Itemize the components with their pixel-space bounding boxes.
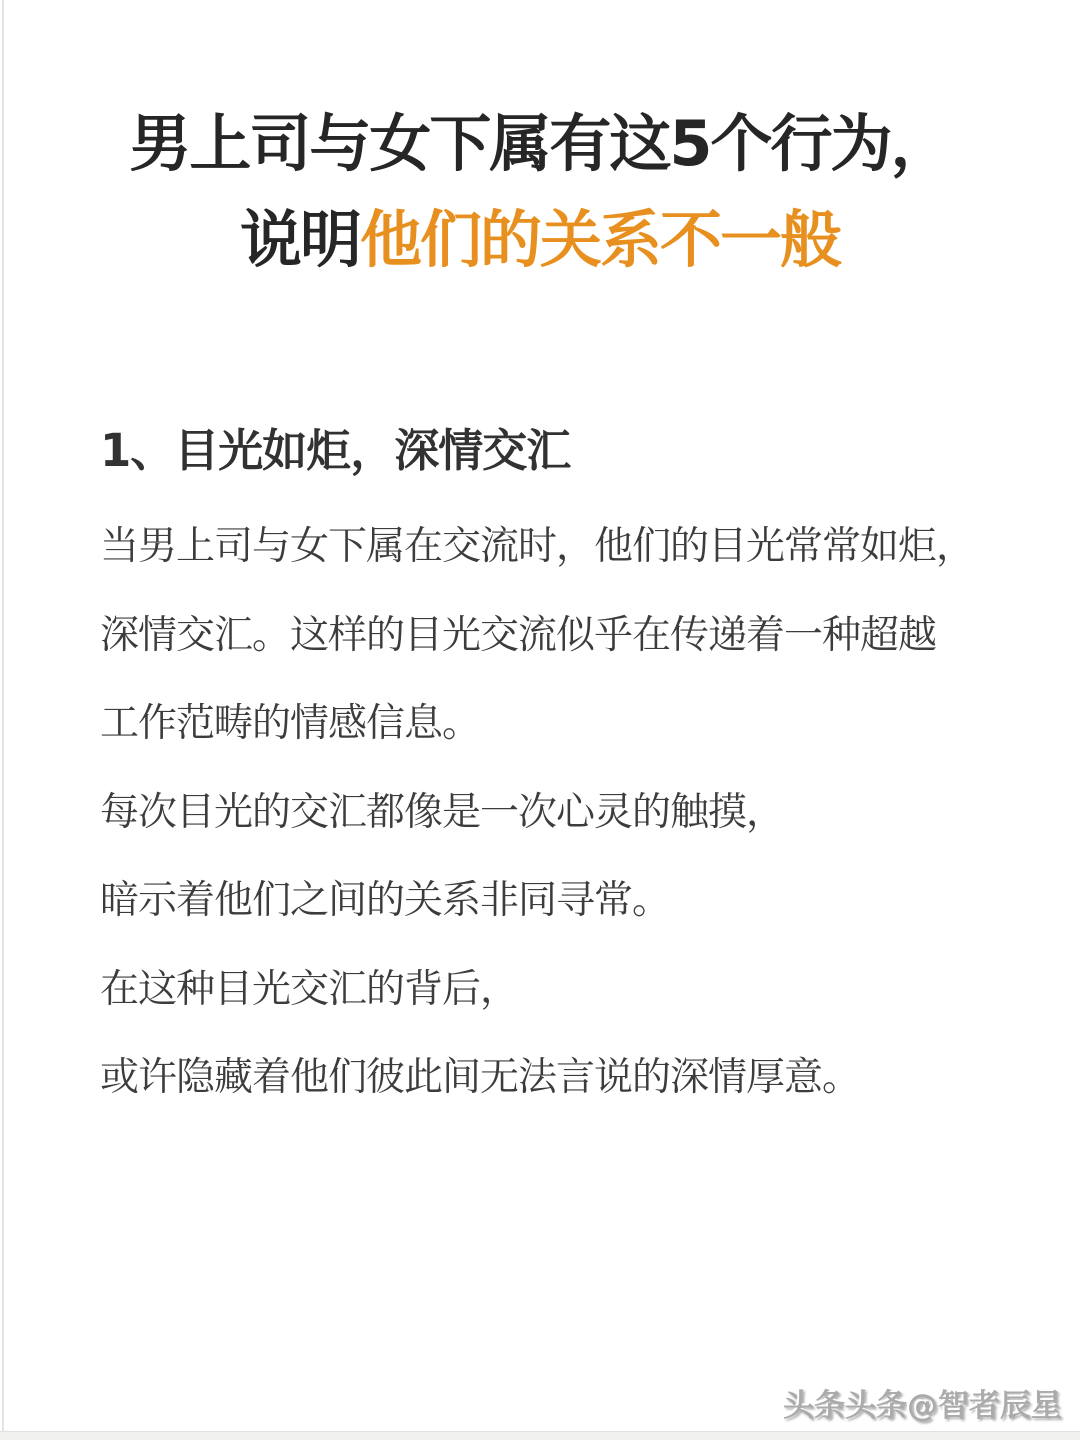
body-text: 当男上司与女下属在交流时，他们的目光常常如炬， 深情交汇。这样的目光交流似乎在传…	[100, 503, 1000, 1123]
text-card: 男上司与女下属有这5个行为， 说明他们的关系不一般 1、目光如炬，深情交汇 当男…	[0, 0, 1080, 1440]
body-line: 每次目光的交汇都像是一次心灵的触摸，	[100, 769, 1000, 858]
body-line: 工作范畴的情感信息。	[100, 680, 1000, 769]
title-line-2: 说明他们的关系不一般	[0, 190, 1080, 279]
title-line-2-black: 说明	[240, 203, 360, 276]
watermark: 头条头条@智者辰星	[783, 1380, 1062, 1425]
body-line: 在这种目光交汇的背后，	[100, 946, 1000, 1035]
title-line-1: 男上司与女下属有这5个行为，	[0, 94, 1080, 183]
body-line: 当男上司与女下属在交流时，他们的目光常常如炬，	[100, 503, 1000, 592]
body-line: 深情交汇。这样的目光交流似乎在传递着一种超越	[100, 592, 1000, 681]
title-line-2-highlight: 他们的关系不一般	[360, 203, 840, 276]
body-line: 或许隐藏着他们彼此间无法言说的深情厚意。	[100, 1034, 1000, 1123]
section-heading: 1、目光如炬，深情交汇	[100, 414, 570, 479]
body-line: 暗示着他们之间的关系非同寻常。	[100, 857, 1000, 946]
bottom-edge	[0, 1431, 1080, 1440]
